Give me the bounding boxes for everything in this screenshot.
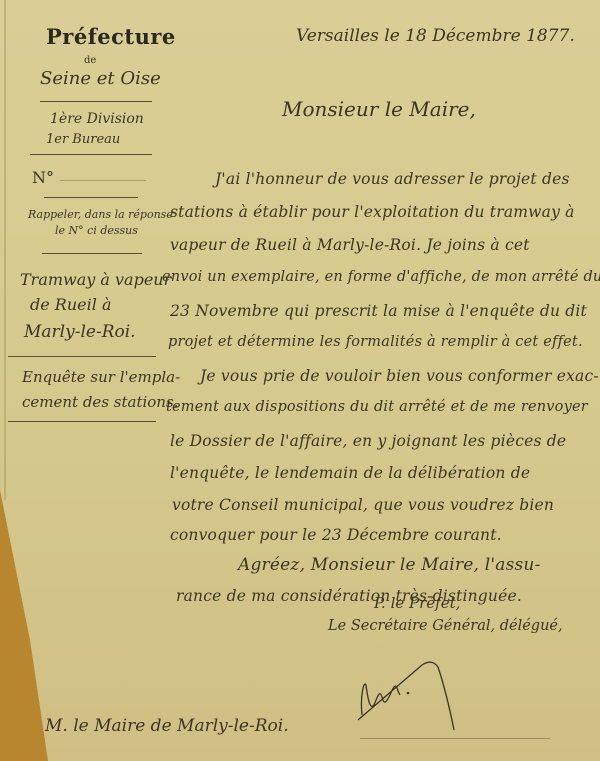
prefecture-title: Préfecture xyxy=(46,24,176,49)
body-line: projet et détermine les formalités à rem… xyxy=(168,334,583,350)
divider xyxy=(44,197,138,198)
subject-line-1: Tramway à vapeur xyxy=(20,270,171,289)
subject-line-2: de Rueil à xyxy=(30,295,111,314)
body-line: stations à établir pour l'exploitation d… xyxy=(170,203,575,221)
body-line: J'ai l'honneur de vous adresser le proje… xyxy=(215,170,570,188)
body-line: Agréez, Monsieur le Maire, l'assu- xyxy=(238,555,541,575)
salutation: Monsieur le Maire, xyxy=(282,97,476,121)
addressee: M. le Maire de Marly-le-Roi. xyxy=(45,716,289,736)
body-line: tement aux dispositions du dit arrêté et… xyxy=(166,399,588,415)
dateline: Versailles le 18 Décembre 1877. xyxy=(296,26,575,46)
body-line: l'enquête, le lendemain de la délibérati… xyxy=(170,464,530,482)
division-label: 1ère Division xyxy=(50,111,144,127)
body-line: le Dossier de l'affaire, en y joignant l… xyxy=(170,432,566,450)
paper-edge xyxy=(4,0,6,500)
subject-line-3: Marly-le-Roi. xyxy=(24,322,136,342)
subject-line-4: Enquête sur l'empla- xyxy=(22,368,180,386)
body-line: votre Conseil municipal, que vous voudre… xyxy=(172,496,554,514)
divider xyxy=(42,253,142,254)
instruction-line-2: le N° ci dessus xyxy=(55,224,138,237)
addressee-line xyxy=(360,738,550,739)
signature-line-1: P. le Préfet, xyxy=(374,594,460,612)
body-line: convoquer pour le 23 Décembre courant. xyxy=(170,526,502,544)
body-line: vapeur de Rueil à Marly-le-Roi. Je joins… xyxy=(170,236,530,254)
department-name: Seine et Oise xyxy=(40,68,161,89)
instruction-line-1: Rappeler, dans la réponse xyxy=(28,208,173,221)
body-line: envoi un exemplaire, en forme d'affiche,… xyxy=(162,269,600,285)
subject-line-5: cement des stations. xyxy=(22,393,178,411)
divider xyxy=(8,421,156,422)
divider xyxy=(30,154,152,155)
number-label: N° xyxy=(32,168,54,187)
signature-line-2: Le Secrétaire Général, délégué, xyxy=(328,618,563,634)
body-line: rance de ma considération très-distingué… xyxy=(176,587,522,605)
signature-scrawl-icon xyxy=(350,655,460,735)
body-line: 23 Novembre qui prescrit la mise à l'enq… xyxy=(170,302,587,320)
divider xyxy=(40,101,152,102)
divider xyxy=(8,356,156,357)
body-line: Je vous prie de vouloir bien vous confor… xyxy=(200,367,599,385)
bureau-label: 1er Bureau xyxy=(46,132,120,147)
letter-paper: Préfecture de Seine et Oise 1ère Divisio… xyxy=(0,0,600,761)
number-field-line xyxy=(60,180,146,181)
letterhead-de: de xyxy=(84,55,96,66)
